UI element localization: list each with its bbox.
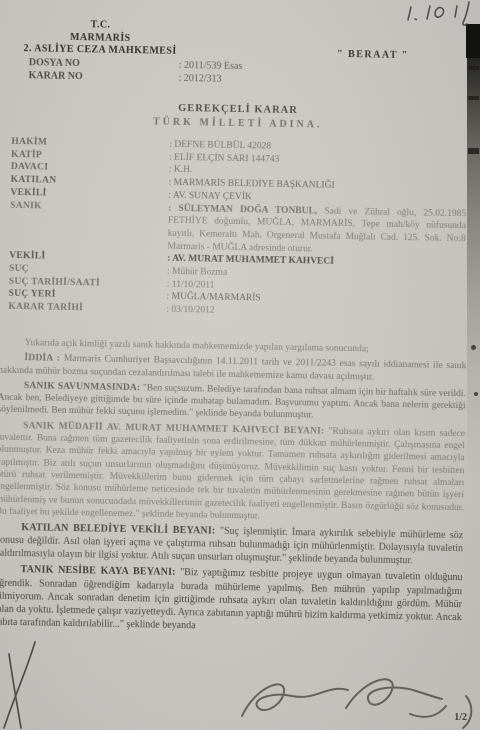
party-label: KARAR TARİHİ: [8, 301, 166, 317]
paragraph-text: Yukarıda açık kimliği yazılı sanık hakkı…: [25, 338, 369, 354]
paragraph-text: Marmaris Cumhuriyet Başsavcılığının 14.1…: [0, 354, 466, 382]
paragraph-text: "Biz yaptığımız tesbitte projeye uygun o…: [0, 567, 463, 631]
document-sheet: T.C. MARMARİS 2. ASLİYE CEZA MAHKEMESİ "…: [0, 0, 480, 730]
paragraph-lead: TANIK NESİBE KAYA BEYANI:: [20, 565, 175, 579]
paragraph-municipality-statement: KATILAN BELEDİYE VEKİLİ BEYANI: "Suç işl…: [0, 521, 463, 569]
defendant-name: : SÜLEYMAN DOĞA TONBUL,: [168, 203, 317, 216]
paragraph-lead: İDDİA :: [24, 353, 60, 364]
scan-edge-tick: [468, 148, 479, 154]
paragraph-lead: SANIK SAVUNMASINDA:: [24, 381, 141, 393]
scan-edge-tick: [468, 96, 479, 100]
paragraph-witness-statement: TANIK NESİBE KAYA BEYANI: "Biz yaptığımı…: [0, 563, 463, 637]
scan-edge-shadow: [467, 24, 480, 476]
party-row-defendant: SANIK : SÜLEYMAN DOĞA TONBUL, Sadi ve Zü…: [9, 199, 466, 258]
scan-edge-dark-cap: [466, 24, 480, 58]
scan-edge-tick: [468, 66, 479, 70]
paragraph-text: "Ruhsata aykırı olan kısım sadece tuvale…: [0, 426, 465, 521]
parties-table: HAKİM : DEFNE BÜLBÜL 42028 KATİP : ELİF …: [8, 136, 467, 322]
scanned-court-document: { "colors": { "paper": "#c9c8c3", "ink":…: [0, 0, 480, 730]
scan-speck: [471, 345, 476, 350]
defense-counsel-name: : AV. MURAT MUHAMMET KAHVECİ: [167, 254, 334, 267]
decision-title-block: GEREKÇELİ KARAR TÜRK MİLLETİ ADINA.: [0, 99, 478, 136]
decision-body: Yukarıda açık kimliği yazılı sanık hakkı…: [0, 337, 467, 640]
scan-speck: [474, 392, 478, 396]
paragraph-lead: KATILAN BELEDİYE VEKİLİ BEYANI:: [21, 522, 215, 537]
paragraph-defendant-statement: SANIK SAVUNMASINDA: "Ben suçsuzum. Beled…: [0, 380, 466, 425]
paragraph-defense-counsel-statement: SANIK MÜDAFİİ AV. MURAT MUHAMMET KAHVECİ…: [0, 419, 465, 526]
verdict-stamp: " BERAAT ": [337, 49, 409, 61]
page-number: 1/2: [454, 712, 467, 723]
file-numbers: DOSYA NO : 2011/539 Esas KARAR NO : 2012…: [28, 56, 448, 90]
party-label: SANIK: [9, 199, 168, 253]
court-header: T.C. MARMARİS 2. ASLİYE CEZA MAHKEMESİ: [7, 18, 194, 59]
party-value: : SÜLEYMAN DOĞA TONBUL, Sadi ve Zühral o…: [167, 202, 466, 258]
decision-no-label: KARAR NO: [28, 69, 178, 85]
